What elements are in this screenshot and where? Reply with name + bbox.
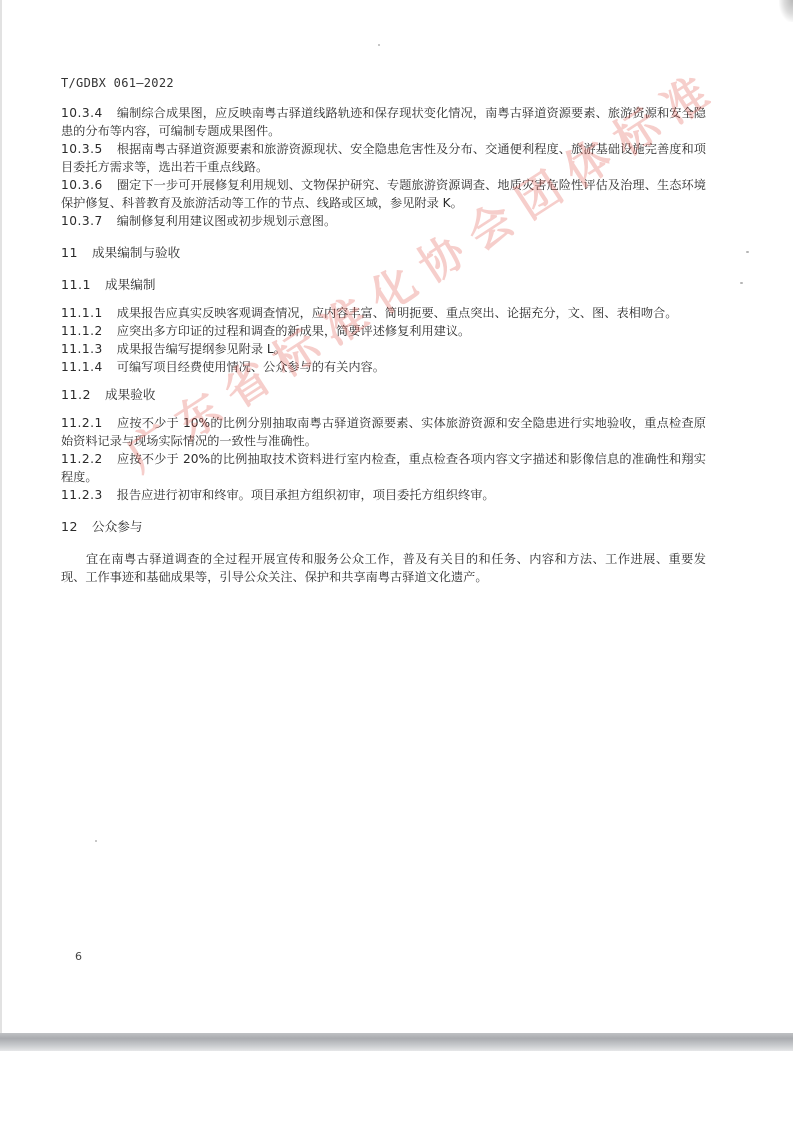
scan-speck — [746, 251, 749, 253]
section-heading-11-1: 11.1成果编制 — [61, 276, 706, 294]
chapter-number: 11 — [61, 244, 78, 262]
clause-text: 圈定下一步可开展修复利用规划、文物保护研究、专题旅游资源调查、地质灾害危险性评估… — [61, 178, 706, 210]
clause-number: 10.3.5 — [61, 140, 103, 158]
clause-10-3-5: 10.3.5根据南粤古驿道资源要素和旅游资源现状、安全隐患危害性及分布、交通便利… — [61, 140, 706, 176]
clause-10-3-4: 10.3.4编制综合成果图，应反映南粤古驿道线路轨迹和保存现状变化情况，南粤古驿… — [61, 104, 706, 140]
clause-number: 11.1.4 — [61, 358, 103, 376]
clause-text: 根据南粤古驿道资源要素和旅游资源现状、安全隐患危害性及分布、交通便利程度、旅游基… — [61, 142, 706, 174]
clause-text: 编制综合成果图，应反映南粤古驿道线路轨迹和保存现状变化情况，南粤古驿道资源要素、… — [61, 106, 706, 138]
document-body: 10.3.4编制综合成果图，应反映南粤古驿道线路轨迹和保存现状变化情况，南粤古驿… — [61, 104, 706, 586]
clause-number: 10.3.4 — [61, 104, 103, 122]
document-page: T/GDBX 061—2022 10.3.4编制综合成果图，应反映南粤古驿道线路… — [0, 0, 793, 1121]
chapter-title: 公众参与 — [92, 519, 142, 534]
page-number: 6 — [75, 950, 82, 963]
clause-11-1-3: 11.1.3成果报告编写提纲参见附录 L。 — [61, 340, 706, 358]
scan-bottom-strip — [0, 1033, 793, 1051]
clause-number: 11.1.2 — [61, 322, 103, 340]
scan-speck — [740, 282, 743, 284]
chapter-heading-11: 11成果编制与验收 — [61, 244, 706, 262]
clause-11-2-1: 11.2.1应按不少于 10%的比例分别抽取南粤古驿道资源要素、实体旅游资源和安… — [61, 414, 706, 450]
scan-speck — [378, 44, 380, 46]
clause-text: 成果报告编写提纲参见附录 L。 — [117, 342, 286, 356]
clause-text: 可编写项目经费使用情况、公众参与的有关内容。 — [117, 360, 385, 374]
clause-text: 成果报告应真实反映客观调查情况，应内容丰富、简明扼要、重点突出、论据充分，文、图… — [117, 306, 678, 320]
clause-text: 编制修复利用建议图或初步规划示意图。 — [117, 214, 336, 228]
section-title: 成果验收 — [105, 387, 155, 402]
chapter-title: 成果编制与验收 — [92, 245, 180, 260]
chapter-number: 12 — [61, 518, 78, 536]
clause-text: 应突出多方印证的过程和调查的新成果，简要评述修复利用建议。 — [117, 324, 470, 338]
standard-code: T/GDBX 061—2022 — [61, 76, 174, 90]
clause-11-2-2: 11.2.2应按不少于 20%的比例抽取技术资料进行室内检查，重点检查各项内容文… — [61, 450, 706, 486]
clause-10-3-6: 10.3.6圈定下一步可开展修复利用规划、文物保护研究、专题旅游资源调查、地质灾… — [61, 176, 706, 212]
public-participation-paragraph: 宜在南粤古驿道调查的全过程开展宣传和服务公众工作，普及有关目的和任务、内容和方法… — [61, 550, 706, 586]
clause-10-3-7: 10.3.7编制修复利用建议图或初步规划示意图。 — [61, 212, 706, 230]
clause-text: 应按不少于 10%的比例分别抽取南粤古驿道资源要素、实体旅游资源和安全隐患进行实… — [61, 416, 706, 448]
scan-edge — [0, 0, 2, 1051]
clause-11-1-1: 11.1.1成果报告应真实反映客观调查情况，应内容丰富、简明扼要、重点突出、论据… — [61, 304, 706, 322]
clause-number: 10.3.6 — [61, 176, 103, 194]
clause-number: 11.1.3 — [61, 340, 103, 358]
scan-speck — [95, 840, 97, 842]
clause-number: 11.2.2 — [61, 450, 103, 468]
clause-text: 报告应进行初审和终审。项目承担方组织初审，项目委托方组织终审。 — [117, 488, 495, 502]
clause-11-2-3: 11.2.3报告应进行初审和终审。项目承担方组织初审，项目委托方组织终审。 — [61, 486, 706, 504]
clause-number: 10.3.7 — [61, 212, 103, 230]
section-number: 11.1 — [61, 276, 91, 294]
clause-number: 11.1.1 — [61, 304, 103, 322]
clause-11-1-4: 11.1.4可编写项目经费使用情况、公众参与的有关内容。 — [61, 358, 706, 376]
scan-corner-shadow — [779, 0, 793, 22]
section-heading-11-2: 11.2成果验收 — [61, 386, 706, 404]
clause-number: 11.2.3 — [61, 486, 103, 504]
section-number: 11.2 — [61, 386, 91, 404]
clause-11-1-2: 11.1.2应突出多方印证的过程和调查的新成果，简要评述修复利用建议。 — [61, 322, 706, 340]
section-title: 成果编制 — [105, 277, 155, 292]
chapter-heading-12: 12公众参与 — [61, 518, 706, 536]
clause-number: 11.2.1 — [61, 414, 103, 432]
clause-text: 应按不少于 20%的比例抽取技术资料进行室内检查，重点检查各项内容文字描述和影像… — [61, 452, 706, 484]
